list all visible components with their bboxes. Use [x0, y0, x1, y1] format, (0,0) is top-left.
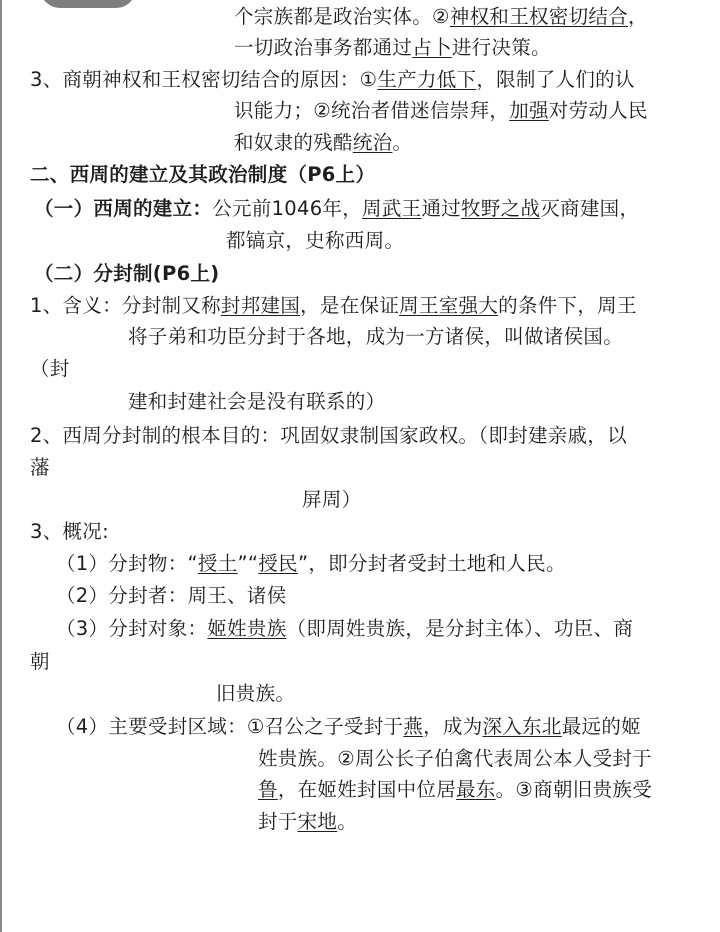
text-line: 将子弟和功臣分封于各地，成为一方诸侯，叫做诸侯国。 — [128, 324, 623, 350]
text-line: （1）分封物：“授土”“授民”，即分封者受封土地和人民。 — [56, 551, 566, 577]
key-term: 鲁 — [258, 778, 278, 801]
text-line: 建和封建社会是没有联系的） — [128, 389, 385, 415]
text-line: 1、含义：分封制又称封邦建国，是在保证周王室强大的条件下，周王 — [30, 293, 637, 319]
text-line: 3、商朝神权和王权密切结合的原因：①生产力低下，限制了人们的认 — [30, 67, 635, 93]
text-line: 2、西周分封制的根本目的：巩固奴隶制国家政权。（即封建亲戚，以 — [30, 423, 627, 449]
key-term: 统治 — [353, 131, 393, 154]
key-term: 周武王 — [362, 197, 421, 220]
text-line: 旧贵族。 — [216, 681, 295, 707]
text-line: （4）主要受封区域：①召公之子受封于燕，成为深入东北最远的姬 — [56, 714, 641, 740]
text-line: 朝 — [30, 649, 50, 675]
key-term: 神权和王权密切结合 — [450, 5, 628, 28]
key-term: 授民 — [258, 552, 298, 575]
subsection-heading: （一）西周的建立： — [34, 197, 212, 220]
key-term: 授土 — [198, 552, 238, 575]
key-term: 牧野之战 — [461, 197, 540, 220]
text-line: （2）分封者：周王、诸侯 — [56, 583, 287, 609]
key-term: 最东 — [456, 778, 496, 801]
section-heading: 二、西周的建立及其政治制度（P6上） — [30, 162, 375, 188]
key-term: 占卜 — [412, 36, 452, 59]
subsection-line: （一）西周的建立：公元前1046年，周武王通过牧野之战灭商建国， — [34, 196, 639, 222]
key-term: 加强 — [509, 99, 549, 122]
overlay-pill-handle — [40, 0, 136, 8]
text-line: 姓贵族。②周公长子伯禽代表周公本人受封于 — [258, 746, 652, 772]
text-line: 和奴隶的残酷统治。 — [234, 130, 412, 156]
text-line: 识能力；②统治者借迷信崇拜，加强对劳动人民 — [234, 98, 648, 124]
key-term: 封邦建国 — [221, 294, 300, 317]
text-line: 屏周） — [302, 487, 361, 513]
key-term: 燕 — [403, 715, 423, 738]
key-term: 生产力低下 — [377, 68, 476, 91]
text-line: 鲁，在姬姓封国中位居最东。③商朝旧贵族受 — [258, 777, 652, 803]
key-term: 周王室强大 — [399, 294, 498, 317]
text-line: （3）分封对象：姬姓贵族（即周姓贵族，是分封主体）、功臣、商 — [56, 616, 633, 642]
text-line: 一切政治事务都通过占卜进行决策。 — [234, 35, 551, 61]
text-line: 都镐京，史称西周。 — [226, 228, 404, 254]
key-term: 宋地 — [298, 810, 338, 833]
subsection-heading: （二）分封制(P6上) — [34, 261, 219, 287]
text-line: 藩 — [30, 455, 50, 481]
text-line: 3、概况: — [30, 519, 109, 545]
page-left-border — [0, 0, 2, 932]
text-line: 封于宋地。 — [258, 809, 357, 835]
key-term: 姬姓贵族 — [207, 617, 286, 640]
text-line: 个宗族都是政治实体。②神权和王权密切结合， — [234, 4, 648, 30]
text-line: （封 — [30, 356, 70, 382]
key-term: 深入东北 — [483, 715, 562, 738]
